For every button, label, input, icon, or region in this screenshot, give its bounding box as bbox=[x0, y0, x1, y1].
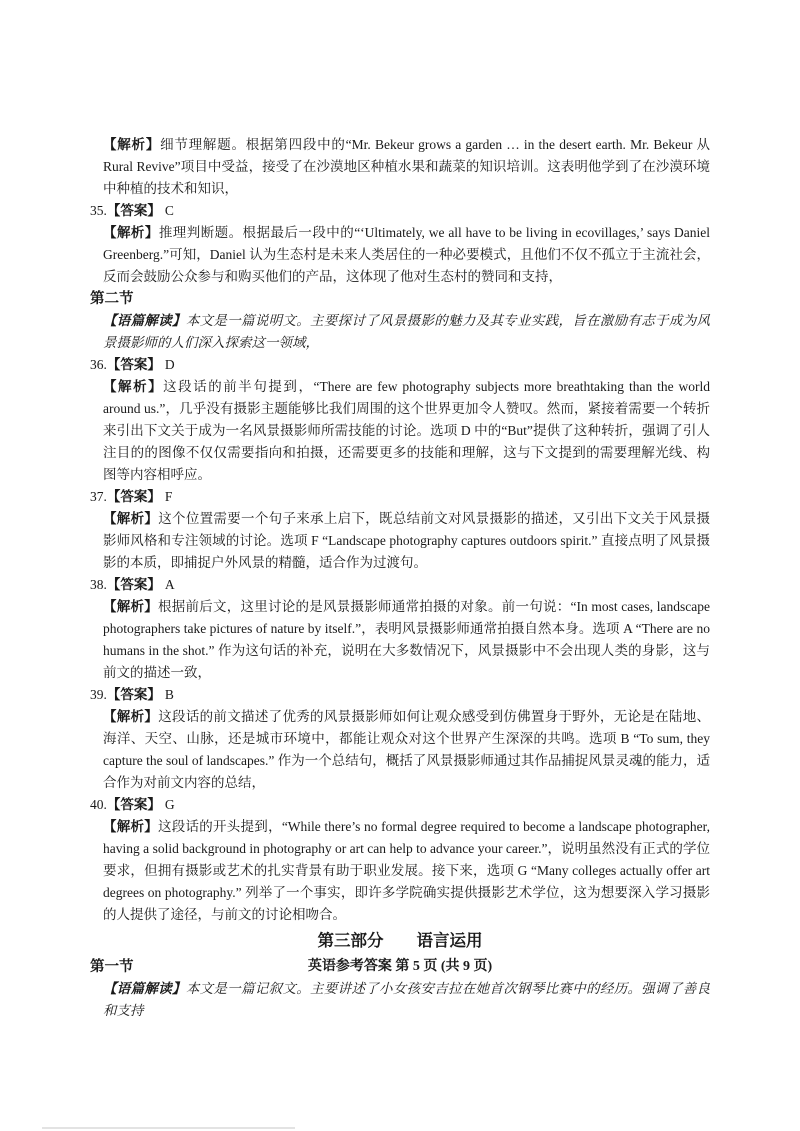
analysis-text: 这段话的前文描述了优秀的风景摄影师如何让观众感受到仿佛置身于野外，无论是在陆地、… bbox=[103, 709, 710, 790]
analysis-label: 【解析】 bbox=[103, 709, 158, 724]
question-number: 36. bbox=[90, 357, 107, 372]
overview-text: 本文是一篇说明文。主要探讨了风景摄影的魅力及其专业实践，旨在激励有志于成为风景摄… bbox=[103, 313, 710, 350]
analysis-paragraph-q34: 【解析】细节理解题。根据第四段中的“Mr. Bekeur grows a gar… bbox=[103, 134, 710, 200]
analysis-text: 这个位置需要一个句子来承上启下，既总结前文对风景摄影的描述，又引出下文关于风景摄… bbox=[103, 511, 710, 570]
passage-overview-paragraph: 【语篇解读】本文是一篇说明文。主要探讨了风景摄影的魅力及其专业实践，旨在激励有志… bbox=[103, 310, 710, 354]
question-number: 37. bbox=[90, 489, 107, 504]
answer-label: 【答案】 bbox=[107, 687, 161, 702]
part-three-heading: 第三部分 语言运用 bbox=[90, 928, 710, 954]
analysis-text: 根据前后文，这里讨论的是风景摄影师通常拍摄的对象。前一句说：“In most c… bbox=[103, 599, 710, 680]
analysis-text: 这段话的开头提到，“While there’s no formal degree… bbox=[103, 819, 710, 922]
answer-label: 【答案】 bbox=[107, 797, 161, 812]
analysis-paragraph-q35: 【解析】推理判断题。根据最后一段中的“‘Ultimately, we all h… bbox=[103, 222, 710, 288]
analysis-label: 【解析】 bbox=[103, 511, 158, 526]
answer-letter: A bbox=[165, 577, 175, 592]
question-number: 35. bbox=[90, 203, 107, 218]
analysis-text: 这段话的前半句提到，“There are few photography sub… bbox=[103, 379, 710, 482]
question-number: 40. bbox=[90, 797, 107, 812]
content-column: 【解析】细节理解题。根据第四段中的“Mr. Bekeur grows a gar… bbox=[90, 134, 710, 1022]
analysis-label: 【解析】 bbox=[103, 225, 159, 240]
answer-key-page: 【解析】细节理解题。根据第四段中的“Mr. Bekeur grows a gar… bbox=[0, 0, 800, 1131]
analysis-label: 【解析】 bbox=[103, 137, 160, 152]
answer-line-36: 36.【答案】D bbox=[90, 354, 710, 376]
answer-line-35: 35.【答案】C bbox=[90, 200, 710, 222]
answer-line-39: 39.【答案】B bbox=[90, 684, 710, 706]
analysis-text: 细节理解题。根据第四段中的“Mr. Bekeur grows a garden … bbox=[103, 137, 710, 196]
answer-line-37: 37.【答案】F bbox=[90, 486, 710, 508]
overview-text: 本文是一篇记叙文。主要讲述了小女孩安吉拉在她首次钢琴比赛中的经历。强调了善良和支… bbox=[103, 981, 710, 1018]
answer-letter: B bbox=[165, 687, 174, 702]
analysis-paragraph-q39: 【解析】这段话的前文描述了优秀的风景摄影师如何让观众感受到仿佛置身于野外，无论是… bbox=[103, 706, 710, 794]
page-footer: 英语参考答案 第 5 页 (共 9 页) bbox=[0, 955, 800, 975]
scan-artifact-line bbox=[42, 1127, 295, 1129]
question-number: 39. bbox=[90, 687, 107, 702]
answer-letter: D bbox=[165, 357, 175, 372]
answer-label: 【答案】 bbox=[107, 577, 161, 592]
passage-overview-paragraph-part3: 【语篇解读】本文是一篇记叙文。主要讲述了小女孩安吉拉在她首次钢琴比赛中的经历。强… bbox=[103, 978, 710, 1022]
analysis-label: 【解析】 bbox=[103, 599, 158, 614]
overview-label: 【语篇解读】 bbox=[103, 313, 186, 328]
answer-letter: F bbox=[165, 489, 173, 504]
section-heading-2: 第二节 bbox=[90, 288, 710, 310]
answer-line-38: 38.【答案】A bbox=[90, 574, 710, 596]
analysis-paragraph-q40: 【解析】这段话的开头提到，“While there’s no formal de… bbox=[103, 816, 710, 926]
overview-label: 【语篇解读】 bbox=[103, 981, 186, 996]
answer-label: 【答案】 bbox=[107, 357, 161, 372]
analysis-text: 推理判断题。根据最后一段中的“‘Ultimately, we all have … bbox=[103, 225, 710, 284]
answer-letter: G bbox=[165, 797, 175, 812]
analysis-paragraph-q37: 【解析】这个位置需要一个句子来承上启下，既总结前文对风景摄影的描述，又引出下文关… bbox=[103, 508, 710, 574]
analysis-label: 【解析】 bbox=[103, 819, 158, 834]
answer-label: 【答案】 bbox=[107, 203, 161, 218]
question-number: 38. bbox=[90, 577, 107, 592]
answer-line-40: 40.【答案】G bbox=[90, 794, 710, 816]
analysis-label: 【解析】 bbox=[103, 379, 163, 394]
answer-letter: C bbox=[165, 203, 174, 218]
answer-label: 【答案】 bbox=[107, 489, 161, 504]
analysis-paragraph-q38: 【解析】根据前后文，这里讨论的是风景摄影师通常拍摄的对象。前一句说：“In mo… bbox=[103, 596, 710, 684]
analysis-paragraph-q36: 【解析】这段话的前半句提到，“There are few photography… bbox=[103, 376, 710, 486]
